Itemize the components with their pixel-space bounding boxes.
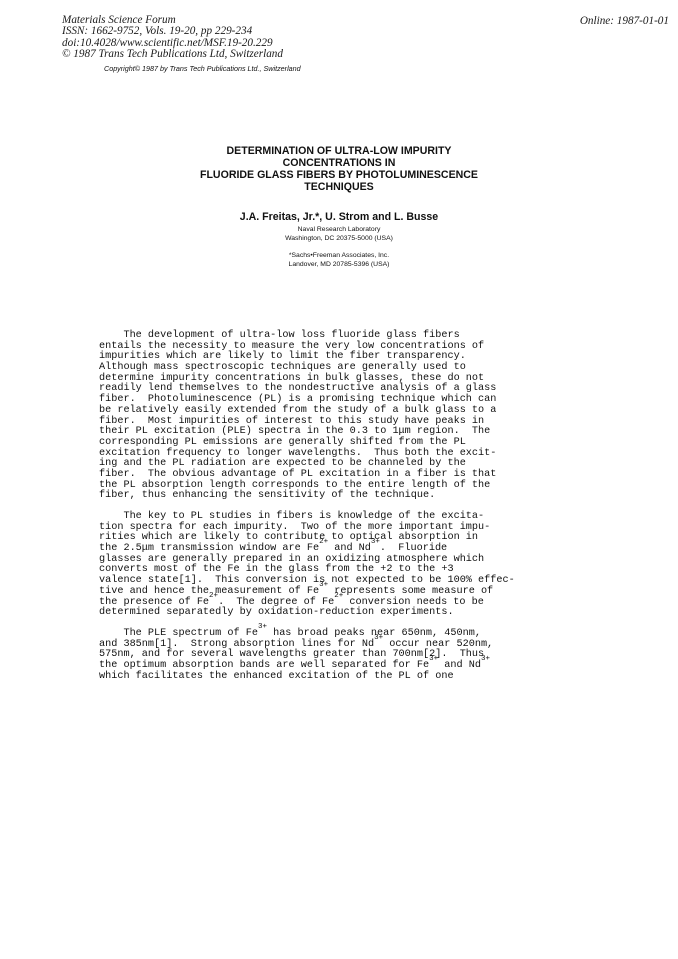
text-line: fiber, thus enhancing the sensitivity of… — [99, 491, 539, 502]
affiliation-1: Naval Research Laboratory Washington, DC… — [0, 225, 678, 243]
superscript: 2+ — [334, 592, 343, 600]
affiliation-line: Washington, DC 20375-5000 (USA) — [0, 234, 678, 243]
superscript: 3+ — [371, 538, 380, 546]
superscript: 3+ — [481, 655, 490, 663]
superscript: 2+ — [319, 538, 328, 546]
text-line: determined separatedly by oxidation-redu… — [99, 608, 539, 619]
paragraph: The key to PL studies in fibers is knowl… — [99, 512, 539, 619]
text-line: corresponding PL emissions are generally… — [99, 438, 539, 449]
authors: J.A. Freitas, Jr.*, U. Strom and L. Buss… — [0, 211, 678, 223]
affiliation-line: Landover, MD 20785-5396 (USA) — [0, 260, 678, 269]
online-date: Online: 1987-01-01 — [580, 15, 669, 27]
title-line: CONCENTRATIONS IN — [0, 157, 678, 169]
superscript: 3+ — [374, 634, 383, 642]
text-line: be relatively easily extended from the s… — [99, 406, 539, 417]
title-line: DETERMINATION OF ULTRA-LOW IMPURITY — [0, 145, 678, 157]
superscript: 3+ — [258, 623, 267, 631]
text-line: tive and hence the measurement of Fe3+ r… — [99, 587, 539, 598]
paragraph: The development of ultra-low loss fluori… — [99, 331, 539, 502]
affiliation-line: *Sachs•Freeman Associates, Inc. — [0, 251, 678, 260]
superscript: 3+ — [319, 581, 328, 589]
superscript: 2+ — [209, 592, 218, 600]
paragraph: The PLE spectrum of Fe3+ has broad peaks… — [99, 629, 539, 682]
text-line: The PLE spectrum of Fe3+ has broad peaks… — [99, 629, 539, 640]
paper-title: DETERMINATION OF ULTRA-LOW IMPURITY CONC… — [0, 145, 678, 193]
superscript: 3+ — [429, 655, 438, 663]
title-line: FLUORIDE GLASS FIBERS BY PHOTOLUMINESCEN… — [0, 169, 678, 181]
journal-metadata: Materials Science Forum ISSN: 1662-9752,… — [62, 15, 283, 60]
affiliation-2: *Sachs•Freeman Associates, Inc. Landover… — [0, 251, 678, 269]
page-copyright: Copyright© 1987 by Trans Tech Publicatio… — [104, 64, 301, 73]
affiliation-line: Naval Research Laboratory — [0, 225, 678, 234]
issn-line: ISSN: 1662-9752, Vols. 19-20, pp 229-234 — [62, 26, 283, 37]
text-line: which facilitates the enhanced excitatio… — [99, 672, 539, 683]
title-line: TECHNIQUES — [0, 181, 678, 193]
body-text: The development of ultra-low loss fluori… — [99, 331, 539, 682]
copyright-line: © 1987 Trans Tech Publications Ltd, Swit… — [62, 49, 283, 60]
